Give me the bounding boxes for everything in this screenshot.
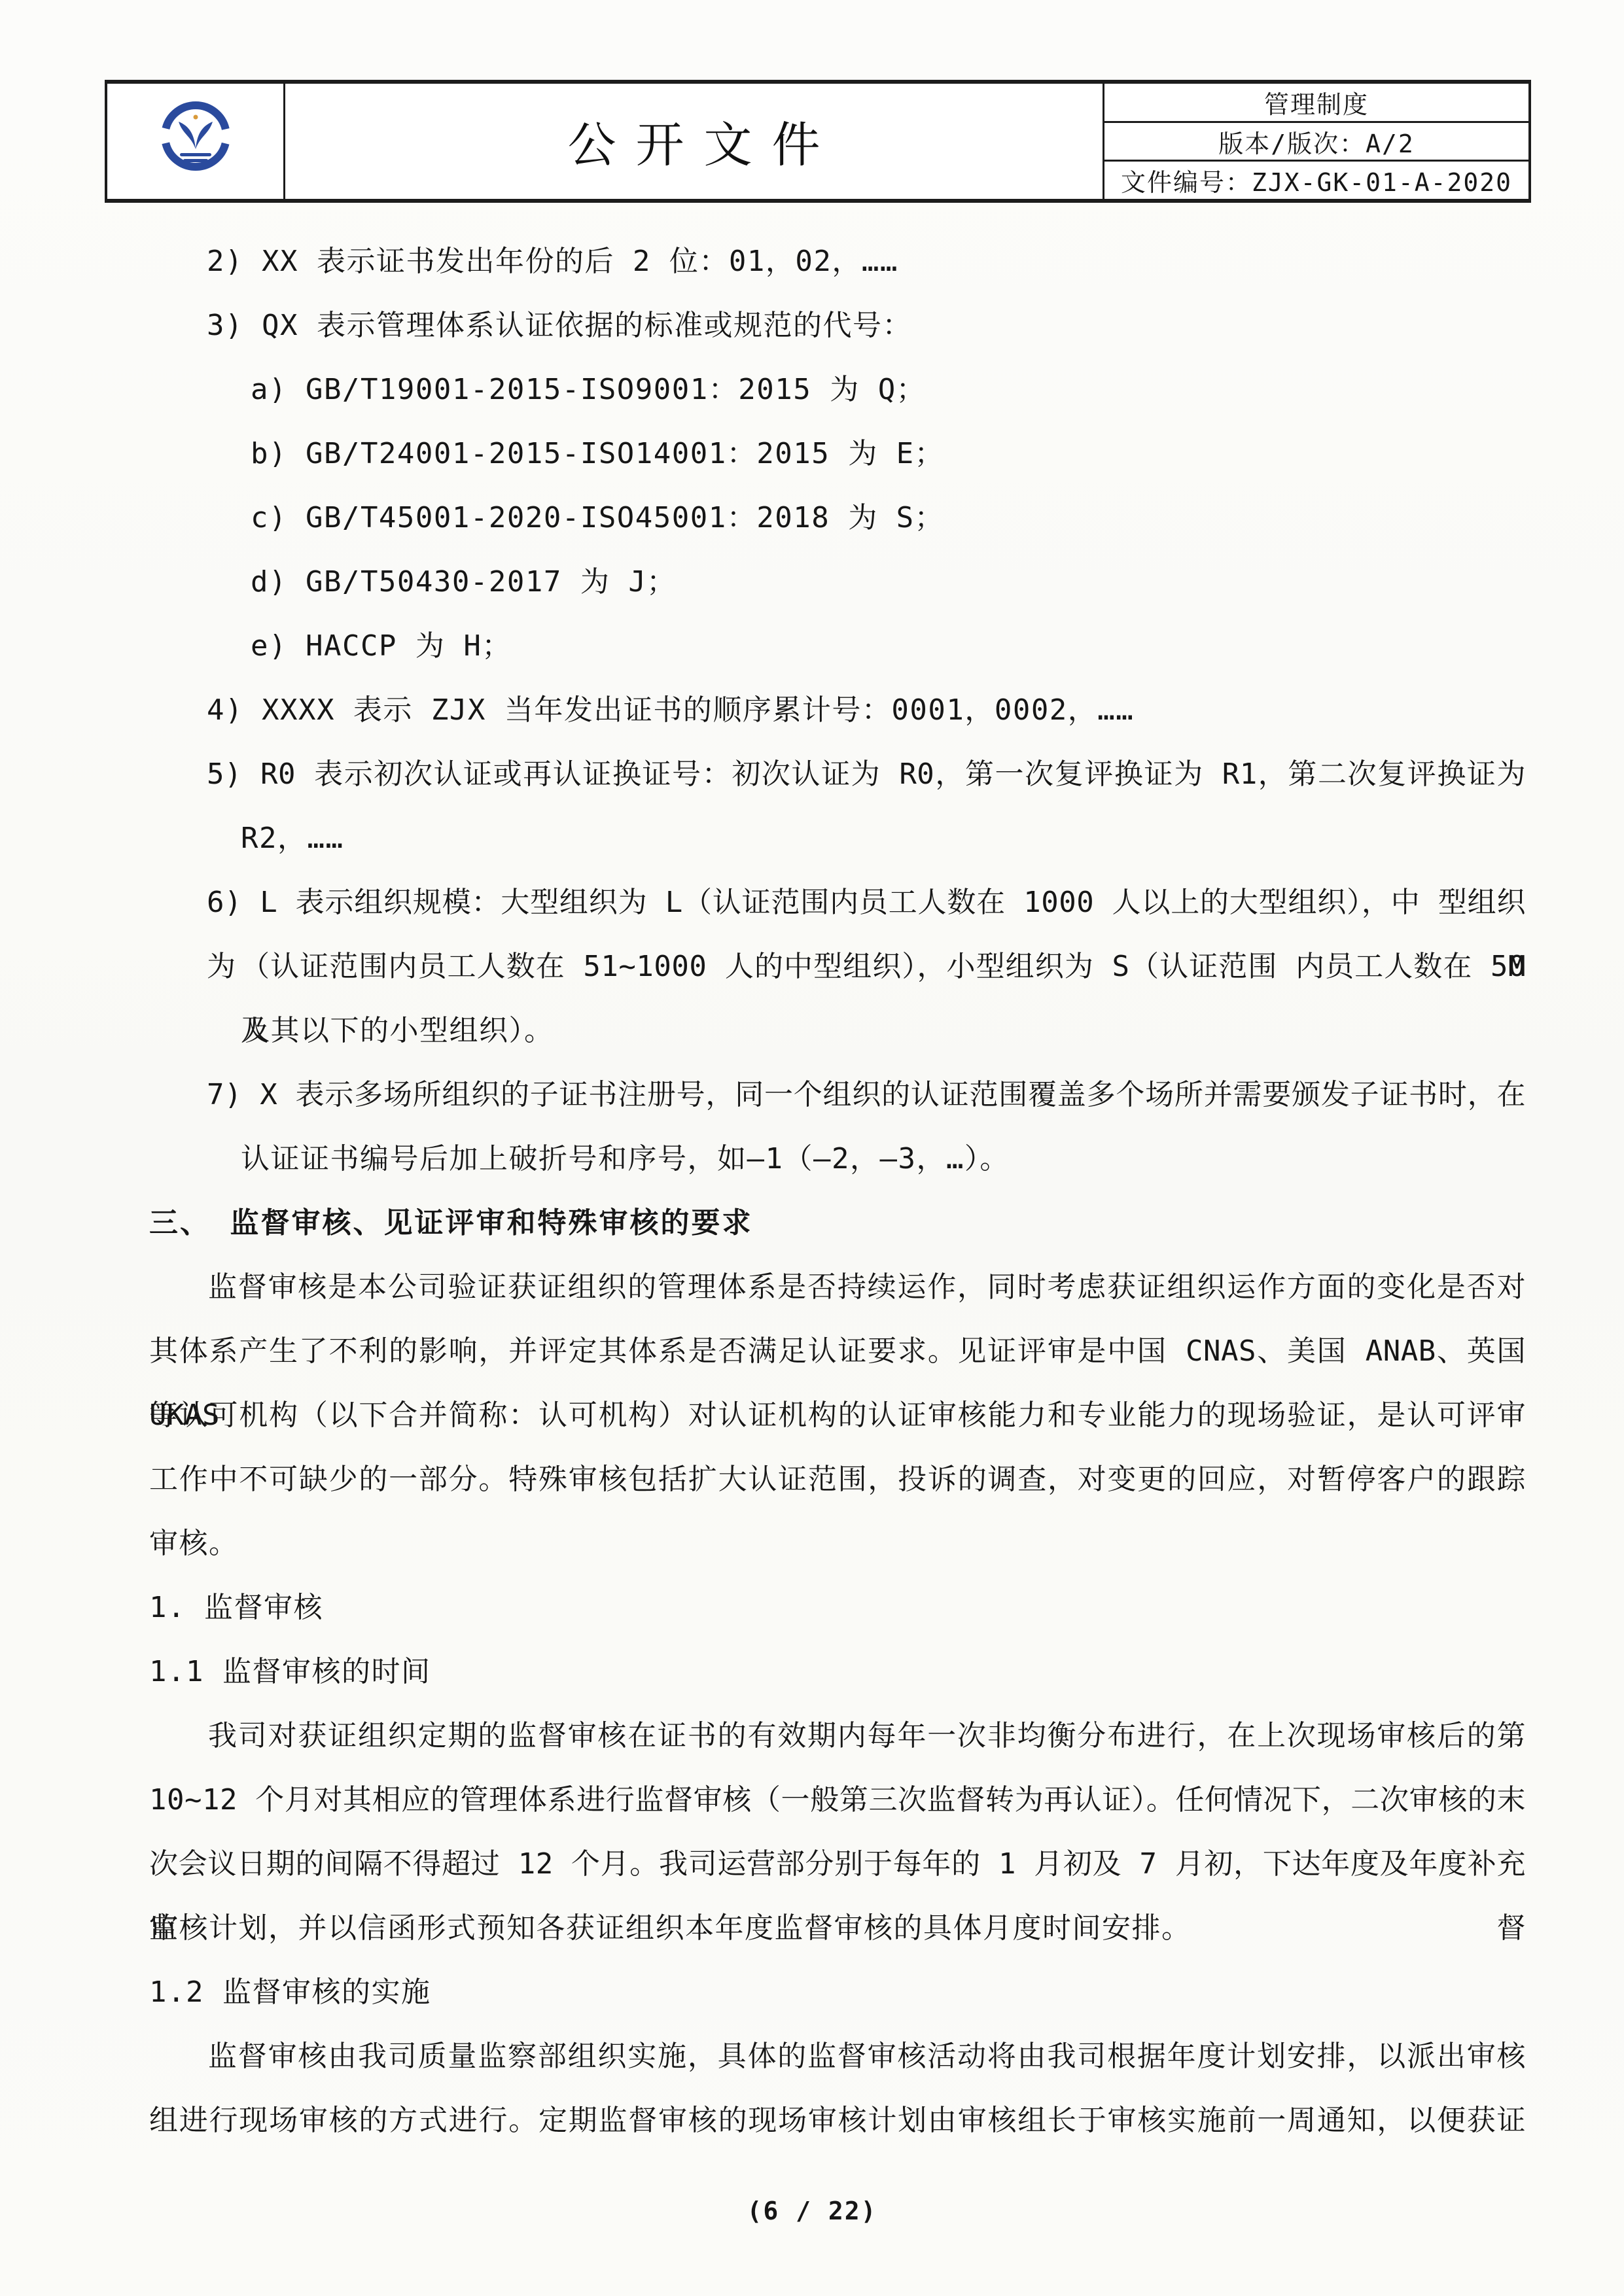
logo-cell (107, 84, 285, 199)
text-line: 及其以下的小型组织）。 (241, 999, 1526, 1063)
text-line: 三、 监督审核、见证评审和特殊审核的要求 (149, 1191, 1526, 1255)
page-footer: (6 / 22) (0, 2197, 1624, 2225)
page-number: (6 / 22) (747, 2197, 877, 2225)
header-table: 公开文件 管理制度 版本/版次：A/2 文件编号：ZJX-GK-01-A-202… (105, 80, 1531, 203)
text-line: 7) X 表示多场所组织的子证书注册号，同一个组织的认证范围覆盖多个场所并需要颁… (207, 1063, 1526, 1127)
document-body: 2) XX 表示证书发出年份的后 2 位：01，02，……3) QX 表示管理体… (149, 230, 1526, 2153)
text-line: a) GB/T19001-2015-ISO9001：2015 为 Q； (251, 358, 1526, 422)
text-line: 10~12 个月对其相应的管理体系进行监督审核（一般第三次监督转为再认证）。任何… (149, 1768, 1526, 1832)
text-line: b) GB/T24001-2015-ISO14001：2015 为 E； (251, 422, 1526, 486)
text-line: 等认可机构（以下合并简称：认可机构）对认证机构的认证审核能力和专业能力的现场验证… (149, 1383, 1526, 1448)
text-line: 其体系产生了不利的影响，并评定其体系是否满足认证要求。见证评审是中国 CNAS、… (149, 1319, 1526, 1383)
text-line: R2，…… (241, 807, 1526, 871)
text-line: c) GB/T45001-2020-ISO45001：2018 为 S； (251, 486, 1526, 550)
text-line: 次会议日期的间隔不得超过 12 个月。我司运营部分别于每年的 1 月初及 7 月… (149, 1832, 1526, 1896)
text-line: 1.2 监督审核的实施 (149, 1960, 1526, 2025)
text-line: 认证证书编号后加上破折号和序号，如—1（—2，—3，…）。 (241, 1127, 1526, 1191)
title-cell: 公开文件 (285, 84, 1104, 199)
text-line: 工作中不可缺少的一部分。特殊审核包括扩大认证范围，投诉的调查，对变更的回应，对暂… (149, 1448, 1526, 1512)
text-line: 4) XXXX 表示 ZJX 当年发出证书的顺序累计号：0001，0002，…… (207, 678, 1526, 742)
text-line: 1. 监督审核 (149, 1576, 1526, 1640)
text-line: 组进行现场审核的方式进行。定期监督审核的现场审核计划由审核组长于审核实施前一周通… (149, 2089, 1526, 2153)
text-line: 监督审核由我司质量监察部组织实施，具体的监督审核活动将由我司根据年度计划安排，以… (149, 2025, 1526, 2089)
certification-emblem-logo-icon (156, 94, 235, 188)
text-line: 监督审核是本公司验证获证组织的管理体系是否持续运作，同时考虑获证组织运作方面的变… (149, 1255, 1526, 1319)
text-line: 5) R0 表示初次认证或再认证换证号：初次认证为 R0，第一次复评换证为 R1… (207, 742, 1526, 807)
doc-version: 版本/版次：A/2 (1104, 123, 1528, 162)
text-line: 3) QX 表示管理体系认证依据的标准或规范的代号： (207, 294, 1526, 358)
text-line: （认证范围内员工人数在 51~1000 人的中型组织），小型组织为 S（认证范围… (241, 935, 1526, 999)
text-line: d) GB/T50430-2017 为 J； (251, 550, 1526, 614)
doc-type: 管理制度 (1104, 84, 1528, 123)
text-line: 我司对获证组织定期的监督审核在证书的有效期内每年一次非均衡分布进行，在上次现场审… (149, 1704, 1526, 1768)
document-title: 公开文件 (548, 107, 840, 176)
text-line: 6) L 表示组织规模：大型组织为 L（认证范围内员工人数在 1000 人以上的… (207, 871, 1526, 935)
text-line: 1.1 监督审核的时间 (149, 1640, 1526, 1704)
text-line: e) HACCP 为 H； (251, 614, 1526, 678)
text-line: 审核。 (149, 1512, 1526, 1576)
text-line: 2) XX 表示证书发出年份的后 2 位：01，02，…… (207, 230, 1526, 294)
meta-cell: 管理制度 版本/版次：A/2 文件编号：ZJX-GK-01-A-2020 (1104, 84, 1528, 199)
doc-number: 文件编号：ZJX-GK-01-A-2020 (1104, 162, 1528, 199)
